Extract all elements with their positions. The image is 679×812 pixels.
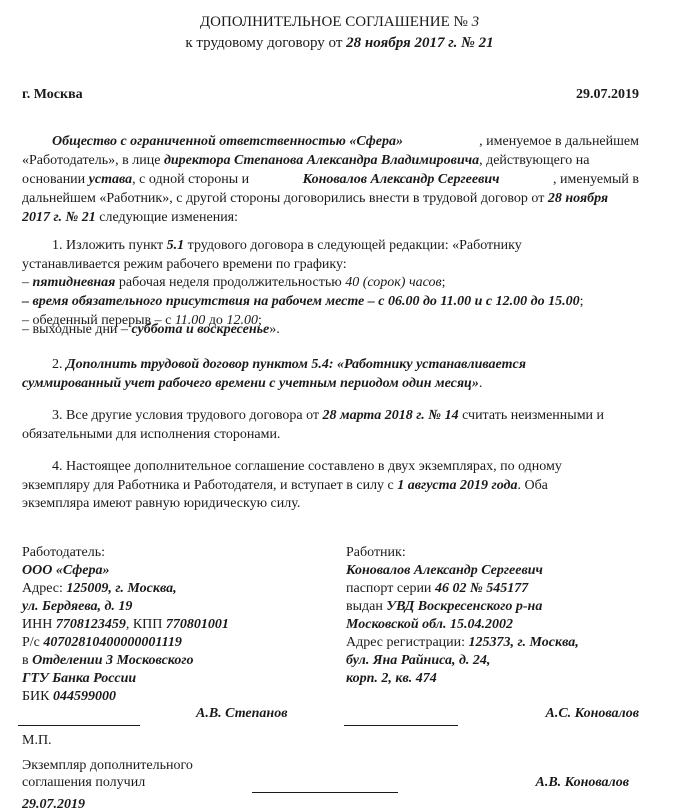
clause-line: 4. Настоящее дополнительное соглашение с… [52,457,562,476]
label: Р/с [22,635,43,650]
text: 2. [52,357,66,372]
text: суммированный учет рабочего времени с уч… [22,376,479,391]
employer-inn-kpp: ИНН 7708123459, КПП 770801001 [22,615,229,634]
intro-line: 2017 г. № 21 следующие изменения: [22,208,238,227]
intro-line: основании устава, с одной стороны и Коно… [22,170,639,189]
text: ». [269,322,280,337]
text: 1. Изложить пункт [52,238,167,253]
text: – выходные дни – [22,322,131,337]
text: . [479,376,483,391]
value: 770801001 [166,617,229,632]
value: 40702810400000001119 [43,635,181,650]
receipt-date: 29.07.2019 [22,795,85,812]
stamp-place: М.П. [22,731,52,750]
value: 125009, г. Москва, [66,581,176,596]
text: трудового договора в следующей редакции:… [184,238,522,253]
employee-issued-line2: Московской обл. 15.04.2002 [346,615,513,634]
director-name: директора Степанова Александра Владимиро… [164,153,479,168]
contract-ref: 2017 г. № 21 [22,210,96,225]
clause-line: 3. Все другие условия трудового договора… [52,406,604,425]
clause-line-weekend: – выходные дни – суббота и воскресенье». [22,320,280,339]
value: 46 02 № 545177 [435,581,528,596]
employer-name: ООО «Сфера» [22,561,110,580]
presence-time: – время обязательного присутствия на раб… [22,294,580,309]
basis: устава [89,172,132,187]
employee-issued: выдан УВД Воскресенского р-на [346,597,542,616]
title-number: 3 [472,14,480,30]
text: , действующего на [479,153,589,168]
label: ИНН [22,617,56,632]
employee-registration-line2: бул. Яна Райниса, д. 24, [346,651,490,670]
employee-passport: паспорт серии 46 02 № 545177 [346,579,528,598]
employee-signature-line[interactable] [344,725,458,726]
text: считать неизменными и [459,408,604,423]
employer-address-line2: ул. Бердяева, д. 19 [22,597,132,616]
employee-signature-name: А.С. Коновалов [545,704,639,723]
value: УВД Воскресенского р-на [386,599,542,614]
employer-signature-line[interactable] [18,725,140,726]
city: г. Москва [22,87,83,103]
employer-bik: БИК 044599000 [22,687,116,706]
text: «Работодатель», в лице [22,153,164,168]
employee-label: Работник: [346,543,406,562]
employer-label: Работодатель: [22,543,105,562]
label: Адрес: [22,581,66,596]
hours: 40 (сорок) часов [345,275,441,290]
clause-line: – время обязательного присутствия на раб… [22,292,583,311]
value: 7708123459 [56,617,126,632]
employee-name: Коновалов Александр Сергеевич [303,170,500,189]
date-ref: 28 ноября [548,191,608,206]
clause-line: суммированный учет рабочего времени с уч… [22,374,482,393]
label: , КПП [126,617,166,632]
employee-name: Коновалов Александр Сергеевич [346,561,543,580]
clause-line: экземпляра имеют равную юридическую силу… [22,494,300,513]
employer-bank: в Отделении 3 Московского [22,651,194,670]
label: Адрес регистрации: [346,635,469,650]
text: пятидневная [33,275,116,290]
title-text: ДОПОЛНИТЕЛЬНОЕ СОГЛАШЕНИЕ № [200,14,472,30]
employer-bank-line2: ГТУ Банка России [22,669,136,688]
clause-line: обязательными для исполнения сторонами. [22,425,280,444]
employer-address: Адрес: 125009, г. Москва, [22,579,177,598]
intro-line: дальнейшем «Работник», с другой стороны … [22,189,608,208]
clause-number: 5.1 [167,238,185,253]
text: , именуемое в дальнейшем [479,132,639,151]
text: следующие изменения: [96,210,238,225]
receipt-text-line2: соглашения получил [22,773,145,792]
contract-ref: 28 марта 2018 г. № 14 [323,408,459,423]
text: дальнейшем «Работник», с другой стороны … [22,191,548,206]
label: выдан [346,599,386,614]
receipt-signature-name: А.В. Коновалов [535,773,629,792]
employer-account: Р/с 40702810400000001119 [22,633,182,652]
text: ; [442,275,446,290]
document-subtitle: к трудовому договору от 28 ноября 2017 г… [0,35,679,52]
document-date: 29.07.2019 [576,87,639,103]
receipt-signature-line[interactable] [252,792,398,793]
label: паспорт серии [346,581,435,596]
clause-line: 1. Изложить пункт 5.1 трудового договора… [52,236,522,255]
contract-reference: 28 ноября 2017 г. № 21 [346,35,493,51]
employer-signature-name: А.В. Степанов [196,704,287,723]
weekend-days: суббота и воскресенье [131,322,269,337]
text: . Оба [517,478,547,493]
text: – [22,275,33,290]
company-name: Общество с ограниченной ответственностью… [52,132,403,151]
subtitle-text: к трудовому договору от [185,35,346,51]
intro-line: Общество с ограниченной ответственностью… [52,132,639,151]
text: экземпляру для Работника и Работодателя,… [22,478,397,493]
intro-line: «Работодатель», в лице директора Степано… [22,151,589,170]
value: 044599000 [53,689,116,704]
text: 3. Все другие условия трудового договора… [52,408,323,423]
value: Отделении 3 Московского [32,653,193,668]
text: Дополнить трудовой договор пунктом 5.4: … [66,357,526,372]
text: , с одной стороны и [132,172,249,187]
text: ; [580,294,584,309]
clause-line: – пятидневная рабочая неделя продолжител… [22,273,445,292]
text: основании [22,172,89,187]
clause-line: устанавливается режим рабочего времени п… [22,255,347,274]
employee-registration-line3: корп. 2, кв. 474 [346,669,437,688]
label: БИК [22,689,53,704]
clause-line: экземпляру для Работника и Работодателя,… [22,476,548,495]
employee-registration: Адрес регистрации: 125373, г. Москва, [346,633,579,652]
text: рабочая неделя продолжительностью [115,275,345,290]
text: , именуемый в [553,170,639,189]
label: в [22,653,32,668]
document-title: ДОПОЛНИТЕЛЬНОЕ СОГЛАШЕНИЕ № 3 [0,14,679,31]
value: 125373, г. Москва, [469,635,579,650]
clause-line: 2. Дополнить трудовой договор пунктом 5.… [52,355,526,374]
effective-date: 1 августа 2019 года [397,478,517,493]
